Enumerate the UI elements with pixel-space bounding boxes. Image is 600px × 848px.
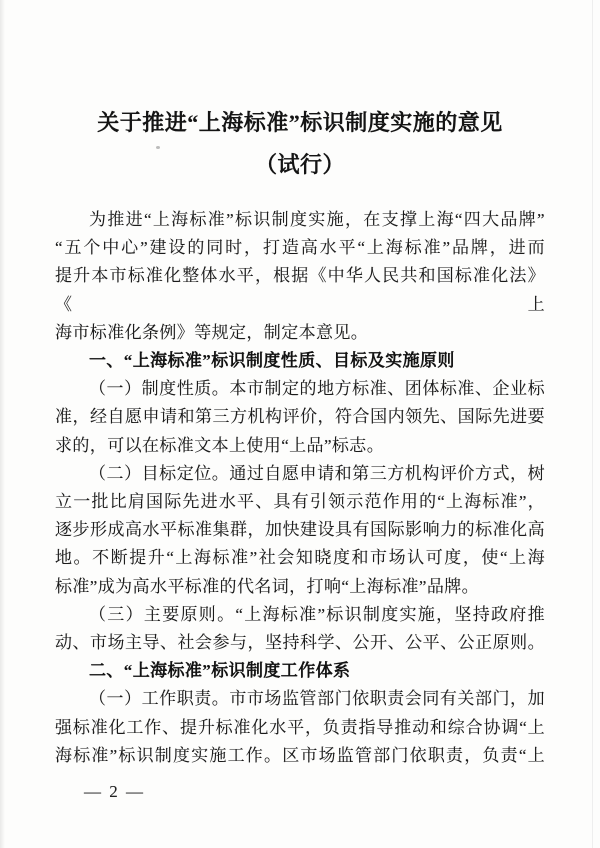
body-line: 强标准化工作、提升标准化水平，负责指导推动和综合协调“上: [55, 714, 545, 742]
body-line: （一）工作职责。市市场监管部门依职责会同有关部门，加: [55, 685, 545, 713]
section-heading: 二、“上海标准”标识制度工作体系: [55, 657, 545, 685]
body-line: 标准”成为高水平标准的代名词，打响“上海标准”品牌。: [55, 573, 545, 601]
document-subtitle: （试行）: [0, 144, 600, 186]
body-line: 为推进“上海标准”标识制度实施，在支撑上海“四大品牌”: [55, 206, 545, 234]
body-line: 地。不断提升“上海标准”社会知晓度和市场认可度，使“上海: [55, 544, 545, 572]
document-body: 为推进“上海标准”标识制度实施，在支撑上海“四大品牌” “五个中心”建设的同时，…: [55, 206, 545, 770]
body-line: 动、市场主导、社会参与，坚持科学、公开、公平、公正原则。: [55, 629, 545, 657]
body-line: 准，经自愿申请和第三方机构评价，符合国内领先、国际先进要: [55, 403, 545, 431]
body-line: 立一批比肩国际先进水平、具有引领示范作用的“上海标准”，: [55, 488, 545, 516]
body-line: （一）制度性质。本市制定的地方标准、团体标准、企业标: [55, 375, 545, 403]
left-edge-shadow: [0, 0, 5, 848]
page-number: — 2 —: [84, 782, 600, 802]
scan-speck: [156, 146, 160, 149]
document-title: 关于推进“上海标准”标识制度实施的意见: [0, 102, 600, 144]
document-title-block: 关于推进“上海标准”标识制度实施的意见 （试行）: [0, 0, 600, 186]
body-line: 提升本市标准化整体水平，根据《中华人民共和国标准化法》《上: [55, 262, 545, 318]
body-line: 逐步形成高水平标准集群，加快建设具有国际影响力的标准化高: [55, 516, 545, 544]
section-heading: 一、“上海标准”标识制度性质、目标及实施原则: [55, 347, 545, 375]
body-line: 海市标准化条例》等规定，制定本意见。: [55, 319, 545, 347]
body-line: 求的，可以在标准文本上使用“上品”标志。: [55, 432, 545, 460]
body-line: （三）主要原则。“上海标准”标识制度实施，坚持政府推: [55, 601, 545, 629]
right-edge-shadow: [592, 0, 593, 848]
body-line: 海标准”标识制度实施工作。区市场监管部门依职责，负责“上: [55, 742, 545, 770]
body-line: （二）目标定位。通过自愿申请和第三方机构评价方式，树: [55, 460, 545, 488]
body-line: “五个中心”建设的同时，打造高水平“上海标准”品牌，进而: [55, 234, 545, 262]
document-page: 关于推进“上海标准”标识制度实施的意见 （试行） 为推进“上海标准”标识制度实施…: [0, 0, 600, 848]
